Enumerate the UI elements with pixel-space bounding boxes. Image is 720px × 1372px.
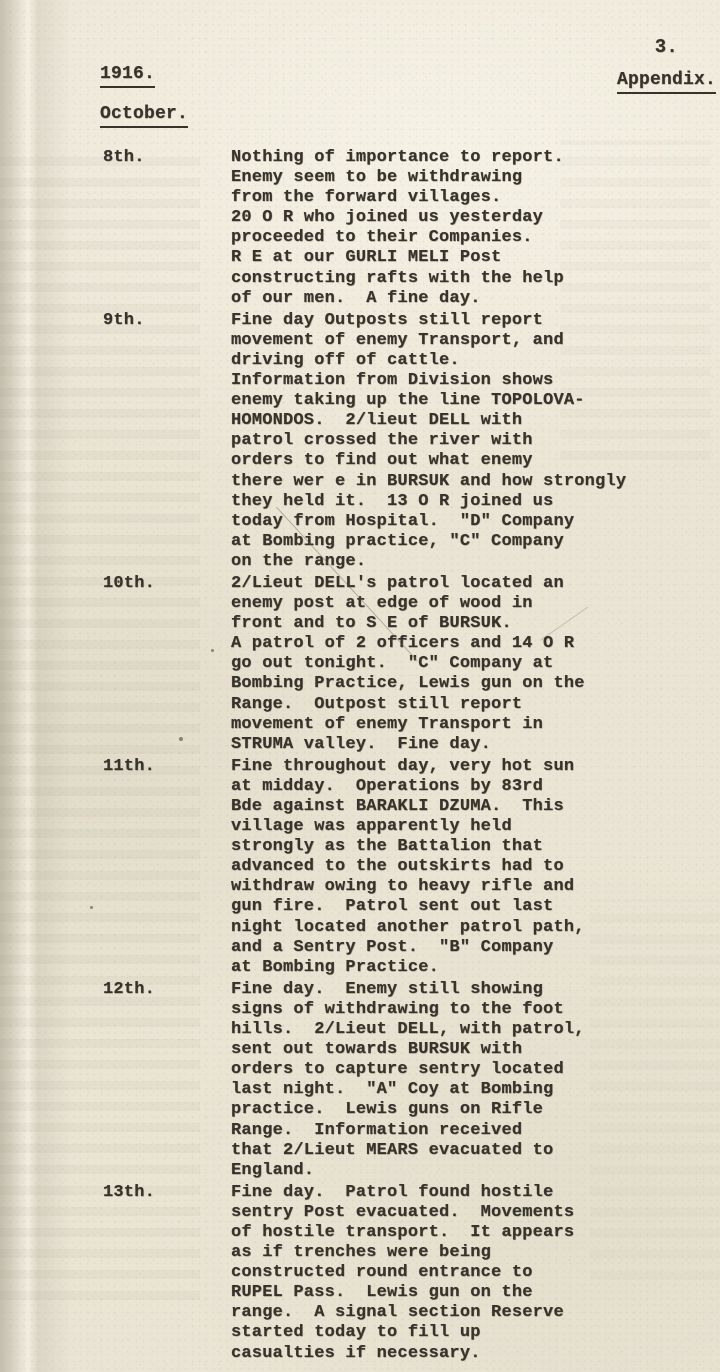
entry-line: at Bombing practice, "C" Company [231,532,706,552]
entry-line: Fine day. Enemy still showing [231,980,706,1000]
entry-line: advanced to the outskirts had to [231,857,706,877]
entry-line: from the forward villages. [231,188,706,208]
entry-line: at midday. Operations by 83rd [231,777,706,797]
entry-body: Fine day. Enemy still showingsigns of wi… [231,980,706,1181]
entry-line: started today to fill up [231,1323,706,1343]
entry-line: R E at our GURLI MELI Post [231,248,706,268]
entry-line: as if trenches were being [231,1243,706,1263]
diary-entry: 12th. Fine day. Enemy still showingsigns… [103,980,706,1181]
entry-line: constructing rafts with the help [231,269,706,289]
entry-body: Nothing of importance to report.Enemy se… [231,148,706,309]
entry-line: today from Hospital. "D" Company [231,512,706,532]
diary-entry: 8th. Nothing of importance to report.Ene… [103,148,706,309]
entry-line: driving off of cattle. [231,351,706,371]
entry-line: England. [231,1161,706,1181]
entry-line: hills. 2/Lieut DELL, with patrol, [231,1020,706,1040]
entry-line: withdraw owing to heavy rifle and [231,877,706,897]
appendix-heading-text: Appendix. [617,70,716,94]
entry-line: orders to find out what enemy [231,451,706,471]
entry-line: strongly as the Battalion that [231,837,706,857]
diary-page-scan: 3. 1916. Appendix. October. 8th. Nothing… [0,0,720,1372]
entry-line: sentry Post evacuated. Movements [231,1203,706,1223]
entry-line: at Bombing Practice. [231,958,706,978]
entry-line: night located another patrol path, [231,918,706,938]
entry-body: Fine day. Patrol found hostilesentry Pos… [231,1183,706,1364]
entry-body: 2/Lieut DELL's patrol located anenemy po… [231,574,706,755]
entry-line: Nothing of importance to report. [231,148,706,168]
entry-line: of our men. A fine day. [231,289,706,309]
entry-line: enemy taking up the line TOPOLOVA- [231,391,706,411]
year-heading-text: 1916. [100,64,155,88]
entry-date: 9th. [103,311,231,572]
entry-line: Bombing Practice, Lewis gun on the [231,674,706,694]
entry-line: Range. Outpost still report [231,695,706,715]
entry-line: practice. Lewis guns on Rifle [231,1100,706,1120]
entry-line: casualties if necessary. [231,1344,706,1364]
entry-line: RUPEL Pass. Lewis gun on the [231,1283,706,1303]
entry-line: proceeded to their Companies. [231,228,706,248]
entry-line: gun fire. Patrol sent out last [231,897,706,917]
entry-body: Fine day Outposts still reportmovement o… [231,311,706,572]
entry-line: STRUMA valley. Fine day. [231,735,706,755]
appendix-heading: Appendix. [617,70,716,94]
month-heading-text: October. [100,104,188,128]
entry-date: 11th. [103,757,231,978]
entry-line: patrol crossed the river with [231,431,706,451]
entry-line: movement of enemy Transport in [231,715,706,735]
diary-entry: 11th. Fine throughout day, very hot suna… [103,757,706,978]
entry-line: last night. "A" Coy at Bombing [231,1080,706,1100]
entry-line: signs of withdrawing to the foot [231,1000,706,1020]
entry-date: 12th. [103,980,231,1181]
entry-line: and a Sentry Post. "B" Company [231,938,706,958]
entry-line: that 2/Lieut MEARS evacuated to [231,1141,706,1161]
entry-line: they held it. 13 O R joined us [231,492,706,512]
entry-line: Information from Division shows [231,371,706,391]
entry-line: Bde against BARAKLI DZUMA. This [231,797,706,817]
diary-entries: 8th. Nothing of importance to report.Ene… [103,148,706,1366]
diary-entry: 10th. 2/Lieut DELL's patrol located anen… [103,574,706,755]
entry-line: on the range. [231,552,706,572]
entry-date: 10th. [103,574,231,755]
month-heading: October. [100,104,188,128]
entry-line: Fine day. Patrol found hostile [231,1183,706,1203]
entry-line: Enemy seem to be withdrawing [231,168,706,188]
entry-line: orders to capture sentry located [231,1060,706,1080]
diary-entry: 13th. Fine day. Patrol found hostilesent… [103,1183,706,1364]
page-number: 3. [655,36,678,58]
entry-date: 8th. [103,148,231,309]
entry-line: 2/Lieut DELL's patrol located an [231,574,706,594]
entry-date: 13th. [103,1183,231,1364]
entry-line: village was apparently held [231,817,706,837]
year-heading: 1916. [100,64,155,88]
entry-line: constructed round entrance to [231,1263,706,1283]
entry-line: front and to S E of BURSUK. [231,614,706,634]
entry-line: range. A signal section Reserve [231,1303,706,1323]
entry-line: Fine day Outposts still report [231,311,706,331]
entry-line: Range. Information received [231,1121,706,1141]
entry-line: Fine throughout day, very hot sun [231,757,706,777]
diary-entry: 9th. Fine day Outposts still reportmovem… [103,311,706,572]
entry-line: sent out towards BURSUK with [231,1040,706,1060]
ink-speck [90,906,93,909]
entry-body: Fine throughout day, very hot sunat midd… [231,757,706,978]
entry-line: there wer e in BURSUK and how strongly [231,472,706,492]
entry-line: enemy post at edge of wood in [231,594,706,614]
entry-line: movement of enemy Transport, and [231,331,706,351]
entry-line: HOMONDOS. 2/lieut DELL with [231,411,706,431]
entry-line: of hostile transport. It appears [231,1223,706,1243]
entry-line: go out tonight. "C" Company at [231,654,706,674]
entry-line: A patrol of 2 officers and 14 O R [231,634,706,654]
entry-line: 20 O R who joined us yesterday [231,208,706,228]
